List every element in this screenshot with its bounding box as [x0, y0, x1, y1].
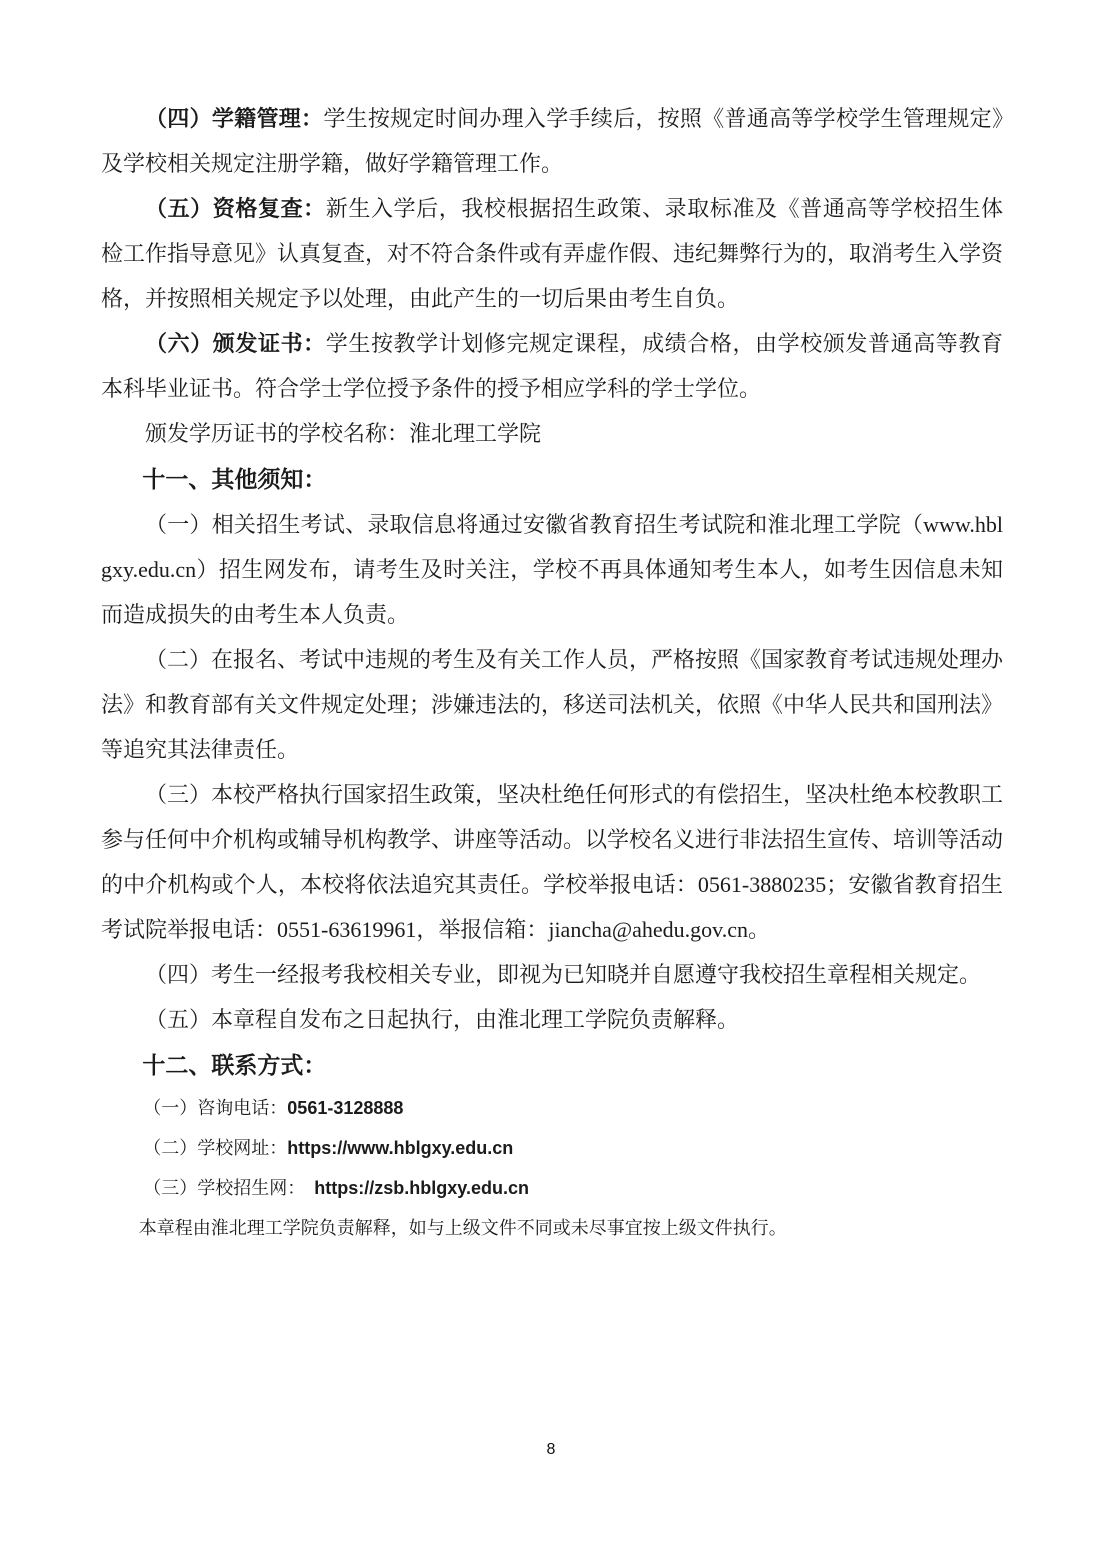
para-lead-enrollment-registration: （四）学籍管理：	[145, 106, 323, 131]
contact-admissions-site-value: https://zsb.hblgxy.edu.cn	[314, 1178, 529, 1198]
contact-website-value: https://www.hblgxy.edu.cn	[287, 1138, 513, 1158]
note-applicant-agreement: （四）考生一经报考我校相关专业，即视为已知晓并自愿遵守我校招生章程相关规定。	[101, 952, 1003, 997]
document-page: （四）学籍管理：学生按规定时间办理入学手续后，按照《普通高等学校学生管理规定》及…	[0, 0, 1102, 1559]
note-effective-date: （五）本章程自发布之日起执行，由淮北理工学院负责解释。	[101, 997, 1003, 1042]
para-lead-qualification-review: （五）资格复查：	[145, 196, 326, 221]
para-qualification-review: （五）资格复查：新生入学后，我校根据招生政策、录取标准及《普通高等学校招生体检工…	[101, 186, 1003, 321]
para-enrollment-registration: （四）学籍管理：学生按规定时间办理入学手续后，按照《普通高等学校学生管理规定》及…	[101, 96, 1003, 186]
page-number: 8	[0, 1441, 1102, 1459]
contact-admissions-site-label: （三）学校招生网：	[143, 1178, 310, 1198]
contact-website-label: （二）学校网址：	[143, 1138, 287, 1158]
note-anti-fraud-reporting: （三）本校严格执行国家招生政策，坚决杜绝任何形式的有偿招生，坚决杜绝本校教职工参…	[101, 772, 1003, 952]
contact-admissions-site: （三）学校招生网： https://zsb.hblgxy.edu.cn	[101, 1168, 1003, 1208]
para-certificate-issuance: （六）颁发证书：学生按教学计划修完规定课程，成绩合格，由学校颁发普通高等教育本科…	[101, 321, 1003, 411]
heading-contact-info: 十二、联系方式：	[101, 1042, 1003, 1088]
contact-phone-value: 0561-3128888	[287, 1098, 403, 1118]
note-admission-info-release: （一）相关招生考试、录取信息将通过安徽省教育招生考试院和淮北理工学院（www.h…	[101, 502, 1003, 637]
contact-phone: （一）咨询电话：0561-3128888	[101, 1088, 1003, 1128]
para-lead-certificate-issuance: （六）颁发证书：	[145, 331, 326, 356]
closing-note: 本章程由淮北理工学院负责解释，如与上级文件不同或未尽事宜按上级文件执行。	[101, 1208, 1003, 1248]
note-violation-handling: （二）在报名、考试中违规的考生及有关工作人员，严格按照《国家教育考试违规处理办法…	[101, 637, 1003, 772]
heading-other-notes: 十一、其他须知：	[101, 456, 1003, 502]
contact-phone-label: （一）咨询电话：	[143, 1098, 287, 1118]
contact-website: （二）学校网址：https://www.hblgxy.edu.cn	[101, 1128, 1003, 1168]
line-certificate-school-name: 颁发学历证书的学校名称：淮北理工学院	[101, 411, 1003, 456]
